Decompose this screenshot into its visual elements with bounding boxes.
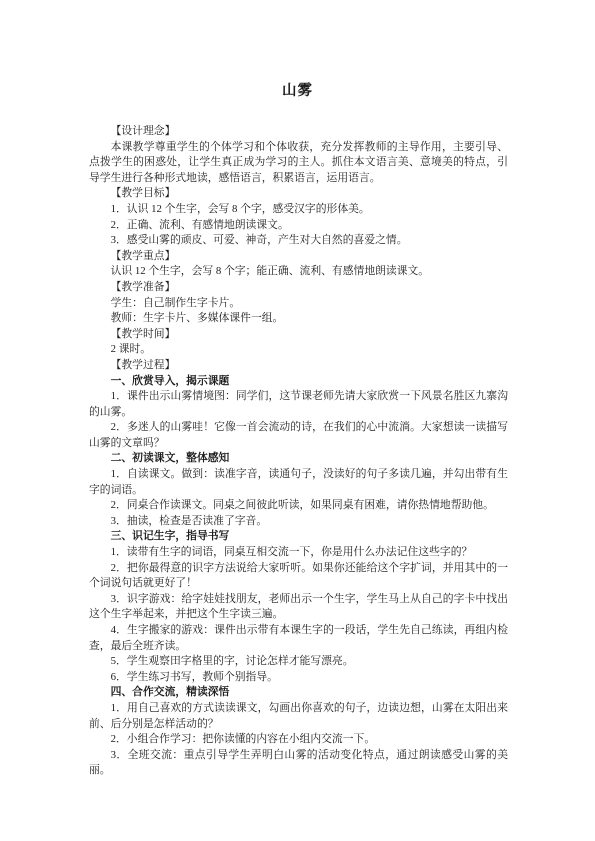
paragraph: 教师：生字卡片、多媒体课件一组。 [89, 311, 508, 327]
paragraph: 认识 12 个生字，会写 8 个字；能正确、流利、有感情地朗读课文。 [89, 264, 508, 280]
paragraph: 1．认识 12 个生字，会写 8 个字，感受汉字的形体美。 [89, 202, 508, 218]
paragraph: 3．全班交流：重点引导学生弄明白山雾的活动变化特点，通过朗读感受山雾的美丽。 [89, 748, 508, 779]
paragraph: 本课教学尊重学生的个体学习和个体收获，充分发挥教师的主导作用，主要引导、点拨学生… [89, 140, 508, 187]
paragraph: 2．小组合作学习：把你读懂的内容在小组内交流一下。 [89, 732, 508, 748]
paragraph: 学生：自己制作生字卡片。 [89, 296, 508, 312]
subsection-heading: 四、合作交流，精读深悟 [89, 685, 508, 701]
section-header: 【教学过程】 [89, 358, 508, 374]
section-header: 【设计理念】 [89, 124, 508, 140]
paragraph: 1．自读课文。做到：读准字音，读通句子，没读好的句子多读几遍，并勾出带有生字的词… [89, 467, 508, 498]
document-page: 山雾 【设计理念】本课教学尊重学生的个体学习和个体收获，充分发挥教师的主导作用，… [0, 0, 595, 841]
paragraph: 3．识字游戏：给字娃娃找朋友，老师出示一个生字，学生马上从自己的字卡中找出这个生… [89, 592, 508, 623]
subsection-heading: 二、初读课文，整体感知 [89, 451, 508, 467]
section-header: 【教学重点】 [89, 249, 508, 265]
document-title: 山雾 [0, 82, 595, 100]
paragraph: 2 课时。 [89, 342, 508, 358]
subsection-heading: 三、识记生字，指导书写 [89, 529, 508, 545]
paragraph: 1．用自己喜欢的方式读读课文，勾画出你喜欢的句子，边读边想，山雾在太阳出来前、后… [89, 701, 508, 732]
paragraph: 2．把你最得意的识字方法说给大家听听。如果你还能给这个字扩词，并用其中的一个词说… [89, 561, 508, 592]
paragraph: 2．多迷人的山雾哇！它像一首会流动的诗，在我们的心中流淌。大家想读一读描写山雾的… [89, 420, 508, 451]
subsection-heading: 一、欣赏导入，揭示课题 [89, 374, 508, 390]
paragraph: 1．读带有生字的词语，同桌互相交流一下，你是用什么办法记住这些字的？ [89, 545, 508, 561]
paragraph: 4．生字搬家的游戏：课件出示带有本课生字的一段话，学生先自己练读，再组内检查，最… [89, 623, 508, 654]
document-body: 【设计理念】本课教学尊重学生的个体学习和个体收获，充分发挥教师的主导作用，主要引… [89, 124, 508, 779]
paragraph: 3．抽读，检查是否读准了字音。 [89, 514, 508, 530]
section-header: 【教学目标】 [89, 186, 508, 202]
paragraph: 3．感受山雾的顽皮、可爱、神奇，产生对大自然的喜爱之情。 [89, 233, 508, 249]
paragraph: 6．学生练习书写，教师个别指导。 [89, 670, 508, 686]
paragraph: 1．课件出示山雾情境图：同学们，这节课老师先请大家欣赏一下风景名胜区九寨沟的山雾… [89, 389, 508, 420]
paragraph: 2．正确、流利、有感情地朗读课文。 [89, 218, 508, 234]
paragraph: 2．同桌合作读课文。同桌之间彼此听读，如果同桌有困难，请你热情地帮助他。 [89, 498, 508, 514]
section-header: 【教学时间】 [89, 327, 508, 343]
section-header: 【教学准备】 [89, 280, 508, 296]
paragraph: 5．学生观察田字格里的字，讨论怎样才能写漂亮。 [89, 654, 508, 670]
